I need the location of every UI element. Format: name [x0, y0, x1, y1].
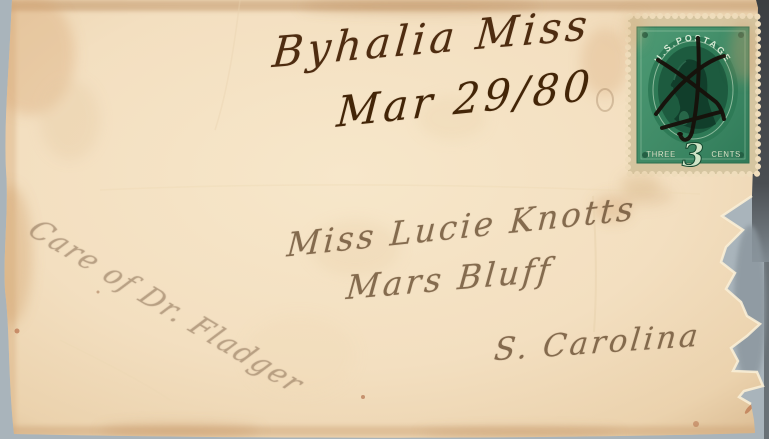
stamp-word-cents: CENTS [711, 150, 741, 159]
stamp-word-three: THREE [646, 150, 676, 159]
scanned-envelope-photo: U.S.POSTAGE THREE 3 CENTS Byhalia Miss M… [0, 0, 769, 439]
cancel-ink-blob [677, 132, 683, 136]
